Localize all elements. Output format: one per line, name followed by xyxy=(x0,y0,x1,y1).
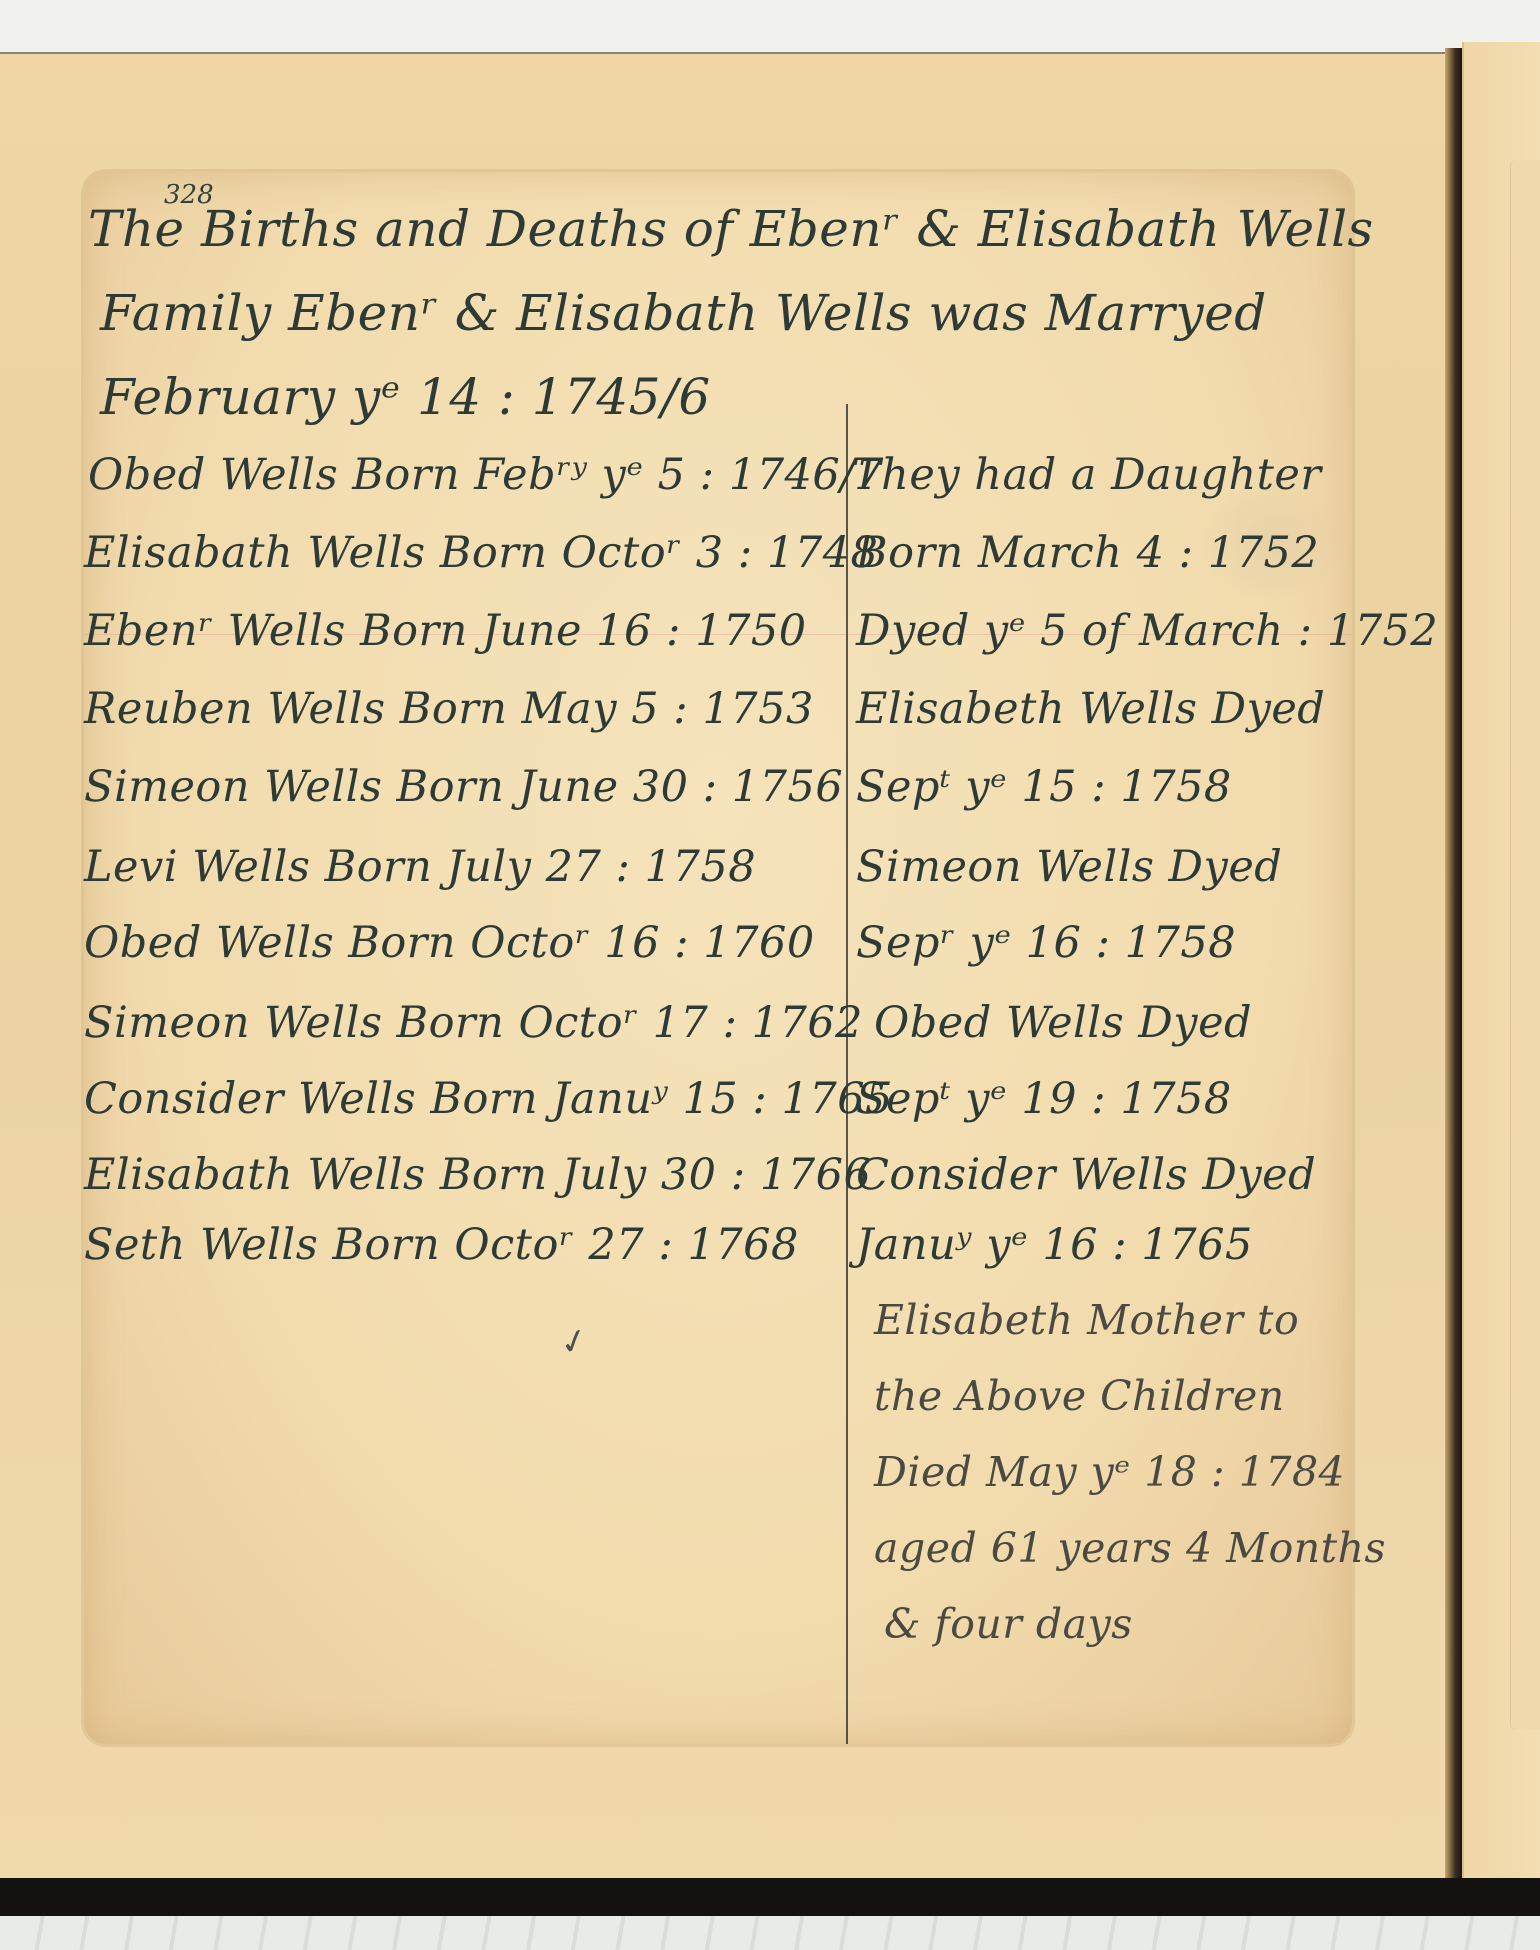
death-entry: Sepᵗ yᵉ 19 : 1758 xyxy=(856,1074,1232,1124)
birth-entry: Reuben Wells Born May 5 : 1753 xyxy=(84,684,814,734)
birth-entry: Seth Wells Born Octoʳ 27 : 1768 xyxy=(84,1220,799,1270)
facing-page-edge xyxy=(1510,160,1540,1730)
heading-line-2: Family Ebenʳ & Elisabath Wells was Marry… xyxy=(100,284,1267,342)
birth-entry: Simeon Wells Born Octoʳ 17 : 1762 xyxy=(84,998,863,1048)
birth-entry: Simeon Wells Born June 30 : 1756 xyxy=(84,762,843,812)
birth-entry: Obed Wells Born Febʳʸ yᵉ 5 : 1746/7 xyxy=(88,450,883,500)
birth-entry: Levi Wells Born July 27 : 1758 xyxy=(84,842,756,892)
death-entry: Sepᵗ yᵉ 15 : 1758 xyxy=(856,762,1232,812)
later-entry-line: & four days xyxy=(884,1600,1133,1648)
scanner-background-top xyxy=(0,0,1540,56)
manuscript-page: 328 The Births and Deaths of Ebenʳ & Eli… xyxy=(84,172,1352,1744)
later-entry-line: aged 61 years 4 Months xyxy=(874,1524,1386,1572)
heading-line-1: The Births and Deaths of Ebenʳ & Elisaba… xyxy=(88,200,1374,258)
death-entry: Sepʳ yᵉ 16 : 1758 xyxy=(856,918,1236,968)
death-entry: They had a Daughter xyxy=(852,450,1321,500)
birth-entry: Obed Wells Born Octoʳ 16 : 1760 xyxy=(84,918,815,968)
death-entry: Obed Wells Dyed xyxy=(874,998,1252,1048)
death-entry: Born March 4 : 1752 xyxy=(856,528,1319,578)
birth-entry: Ebenʳ Wells Born June 16 : 1750 xyxy=(84,606,807,656)
scanner-background-bottom xyxy=(0,1916,1540,1950)
birth-entry: Elisabath Wells Born Octoʳ 3 : 1748 xyxy=(84,528,878,578)
checkmark-icon: ✓ xyxy=(555,1319,593,1365)
later-entry-line: Died May yᵉ 18 : 1784 xyxy=(874,1448,1345,1496)
death-entry: Dyed yᵉ 5 of March : 1752 xyxy=(856,606,1438,656)
death-entry: Consider Wells Dyed xyxy=(856,1150,1316,1200)
later-entry-line: Elisabeth Mother to xyxy=(874,1296,1299,1344)
book-gutter xyxy=(1445,48,1462,1883)
birth-entry: Elisabath Wells Born July 30 : 1766 xyxy=(84,1150,871,1200)
death-entry: Elisabeth Wells Dyed xyxy=(856,684,1325,734)
scanner-shadow-band xyxy=(0,1878,1540,1916)
heading-line-3-marriage-date: February yᵉ 14 : 1745/6 xyxy=(100,368,711,426)
later-entry-line: the Above Children xyxy=(874,1372,1285,1420)
death-entry: Januʸ yᵉ 16 : 1765 xyxy=(856,1220,1253,1270)
death-entry: Simeon Wells Dyed xyxy=(856,842,1282,892)
birth-entry: Consider Wells Born Januʸ 15 : 1765 xyxy=(84,1074,893,1124)
